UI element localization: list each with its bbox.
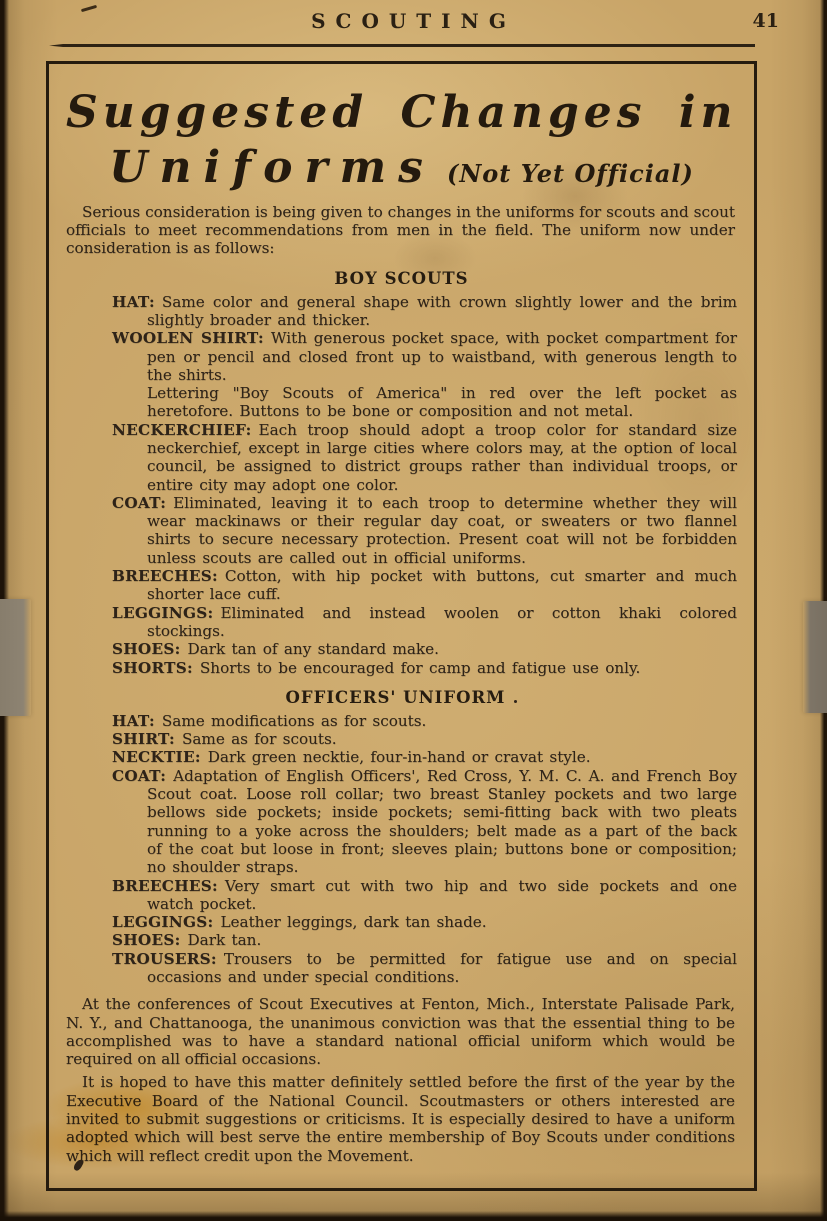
item-term: NECKTIE: — [112, 748, 201, 766]
page-edge-bottom — [0, 1211, 827, 1221]
item-term: COAT: — [112, 494, 166, 512]
item-text: Very smart cut with two hip and two side… — [147, 877, 737, 913]
item-text: Same as for scouts. — [182, 730, 337, 748]
item-term: WOOLEN SHIRT: — [112, 329, 264, 347]
item-term: LEGGINGS: — [112, 913, 213, 931]
item-term: HAT: — [112, 293, 155, 311]
title-note: (Not Yet Official) — [447, 159, 694, 188]
item-text: Dark tan. — [188, 931, 262, 949]
item-term: HAT: — [112, 712, 155, 730]
list-item: HAT:Same color and general shape with cr… — [112, 293, 737, 330]
section-heading-text: BOY SCOUTS — [334, 269, 468, 288]
item-text: Leather leggings, dark tan shade. — [220, 913, 486, 931]
intro-paragraph: Serious consideration is being given to … — [66, 203, 735, 258]
item-text: Eliminated, leaving it to each troop to … — [147, 494, 737, 567]
item-term: BREECHES: — [112, 877, 218, 895]
scanned-magazine-page: { "page": { "magazine_title": "SCOUTING"… — [0, 0, 827, 1221]
officers-uniform-list: HAT:Same modifications as for scouts. SH… — [66, 712, 737, 986]
section-heading-text: OFFICERS' UNIFORM — [286, 688, 506, 707]
section-heading-officers-uniform: OFFICERS' UNIFORM — [66, 688, 737, 707]
header-rule — [49, 44, 755, 47]
item-term: LEGGINGS: — [112, 604, 213, 622]
item-text: Same color and general shape with crown … — [147, 293, 737, 329]
list-item: HAT:Same modifications as for scouts. — [112, 712, 737, 730]
page-number: 41 — [753, 10, 779, 32]
item-text: Cotton, with hip pocket with buttons, cu… — [147, 567, 737, 603]
item-term: SHIRT: — [112, 730, 175, 748]
list-item: COAT:Eliminated, leaving it to each troo… — [112, 494, 737, 567]
right-margin-tab — [803, 601, 827, 713]
closing-paragraph: It is hoped to have this matter definite… — [66, 1073, 735, 1164]
item-term: SHORTS: — [112, 659, 193, 677]
title-line-2: Uniforms(Not Yet Official) — [66, 142, 737, 193]
list-item: BREECHES:Cotton, with hip pocket with bu… — [112, 567, 737, 604]
list-item: SHOES:Dark tan of any standard make. — [112, 640, 737, 658]
title-line-1: Suggested Changes in — [66, 88, 737, 138]
magazine-title: SCOUTING — [311, 9, 516, 33]
list-item: LEGGINGS:Eliminated and instead woolen o… — [112, 604, 737, 641]
item-term: BREECHES: — [112, 567, 218, 585]
closing-paragraph: At the conferences of Scout Executives a… — [66, 995, 735, 1068]
item-term: TROUSERS: — [112, 950, 217, 968]
list-item: COAT:Adaptation of English Officers', Re… — [112, 767, 737, 877]
list-item: NECKTIE:Dark green necktie, four-in-hand… — [112, 748, 737, 766]
item-term: COAT: — [112, 767, 166, 785]
list-item-sub: Lettering "Boy Scouts of America" in red… — [112, 384, 737, 421]
item-text: Adaptation of English Officers', Red Cro… — [147, 767, 737, 876]
item-text: Dark green necktie, four-in-hand or crav… — [208, 748, 591, 766]
list-item: TROUSERS:Trousers to be permitted for fa… — [112, 950, 737, 987]
item-term: SHOES: — [112, 640, 181, 658]
item-text: Eliminated and instead woolen or cotton … — [147, 604, 737, 640]
item-text: Shorts to be encouraged for camp and fat… — [200, 659, 640, 677]
boy-scouts-list: HAT:Same color and general shape with cr… — [66, 293, 737, 677]
article-box: Suggested Changes in Uniforms(Not Yet Of… — [46, 61, 757, 1191]
list-item: SHOES:Dark tan. — [112, 931, 737, 949]
item-text: Trousers to be permitted for fatigue use… — [147, 950, 737, 986]
list-item: NECKERCHIEF:Each troop should adopt a tr… — [112, 421, 737, 494]
item-term: SHOES: — [112, 931, 181, 949]
title-word-uniforms: Uniforms — [109, 142, 435, 193]
list-item: LEGGINGS:Leather leggings, dark tan shad… — [112, 913, 737, 931]
list-item: SHORTS:Shorts to be encouraged for camp … — [112, 659, 737, 677]
article-title: Suggested Changes in Uniforms(Not Yet Of… — [66, 88, 737, 193]
item-text: Dark tan of any standard make. — [188, 640, 439, 658]
stray-dot — [514, 700, 517, 703]
list-item: BREECHES:Very smart cut with two hip and… — [112, 877, 737, 914]
left-margin-tab — [0, 599, 31, 716]
running-header: SCOUTING 41 — [0, 9, 827, 33]
list-item: WOOLEN SHIRT:With generous pocket space,… — [112, 329, 737, 384]
item-term: NECKERCHIEF: — [112, 421, 252, 439]
section-heading-boy-scouts: BOY SCOUTS — [66, 269, 737, 288]
list-item: SHIRT:Same as for scouts. — [112, 730, 737, 748]
item-text: Same modifications as for scouts. — [162, 712, 426, 730]
